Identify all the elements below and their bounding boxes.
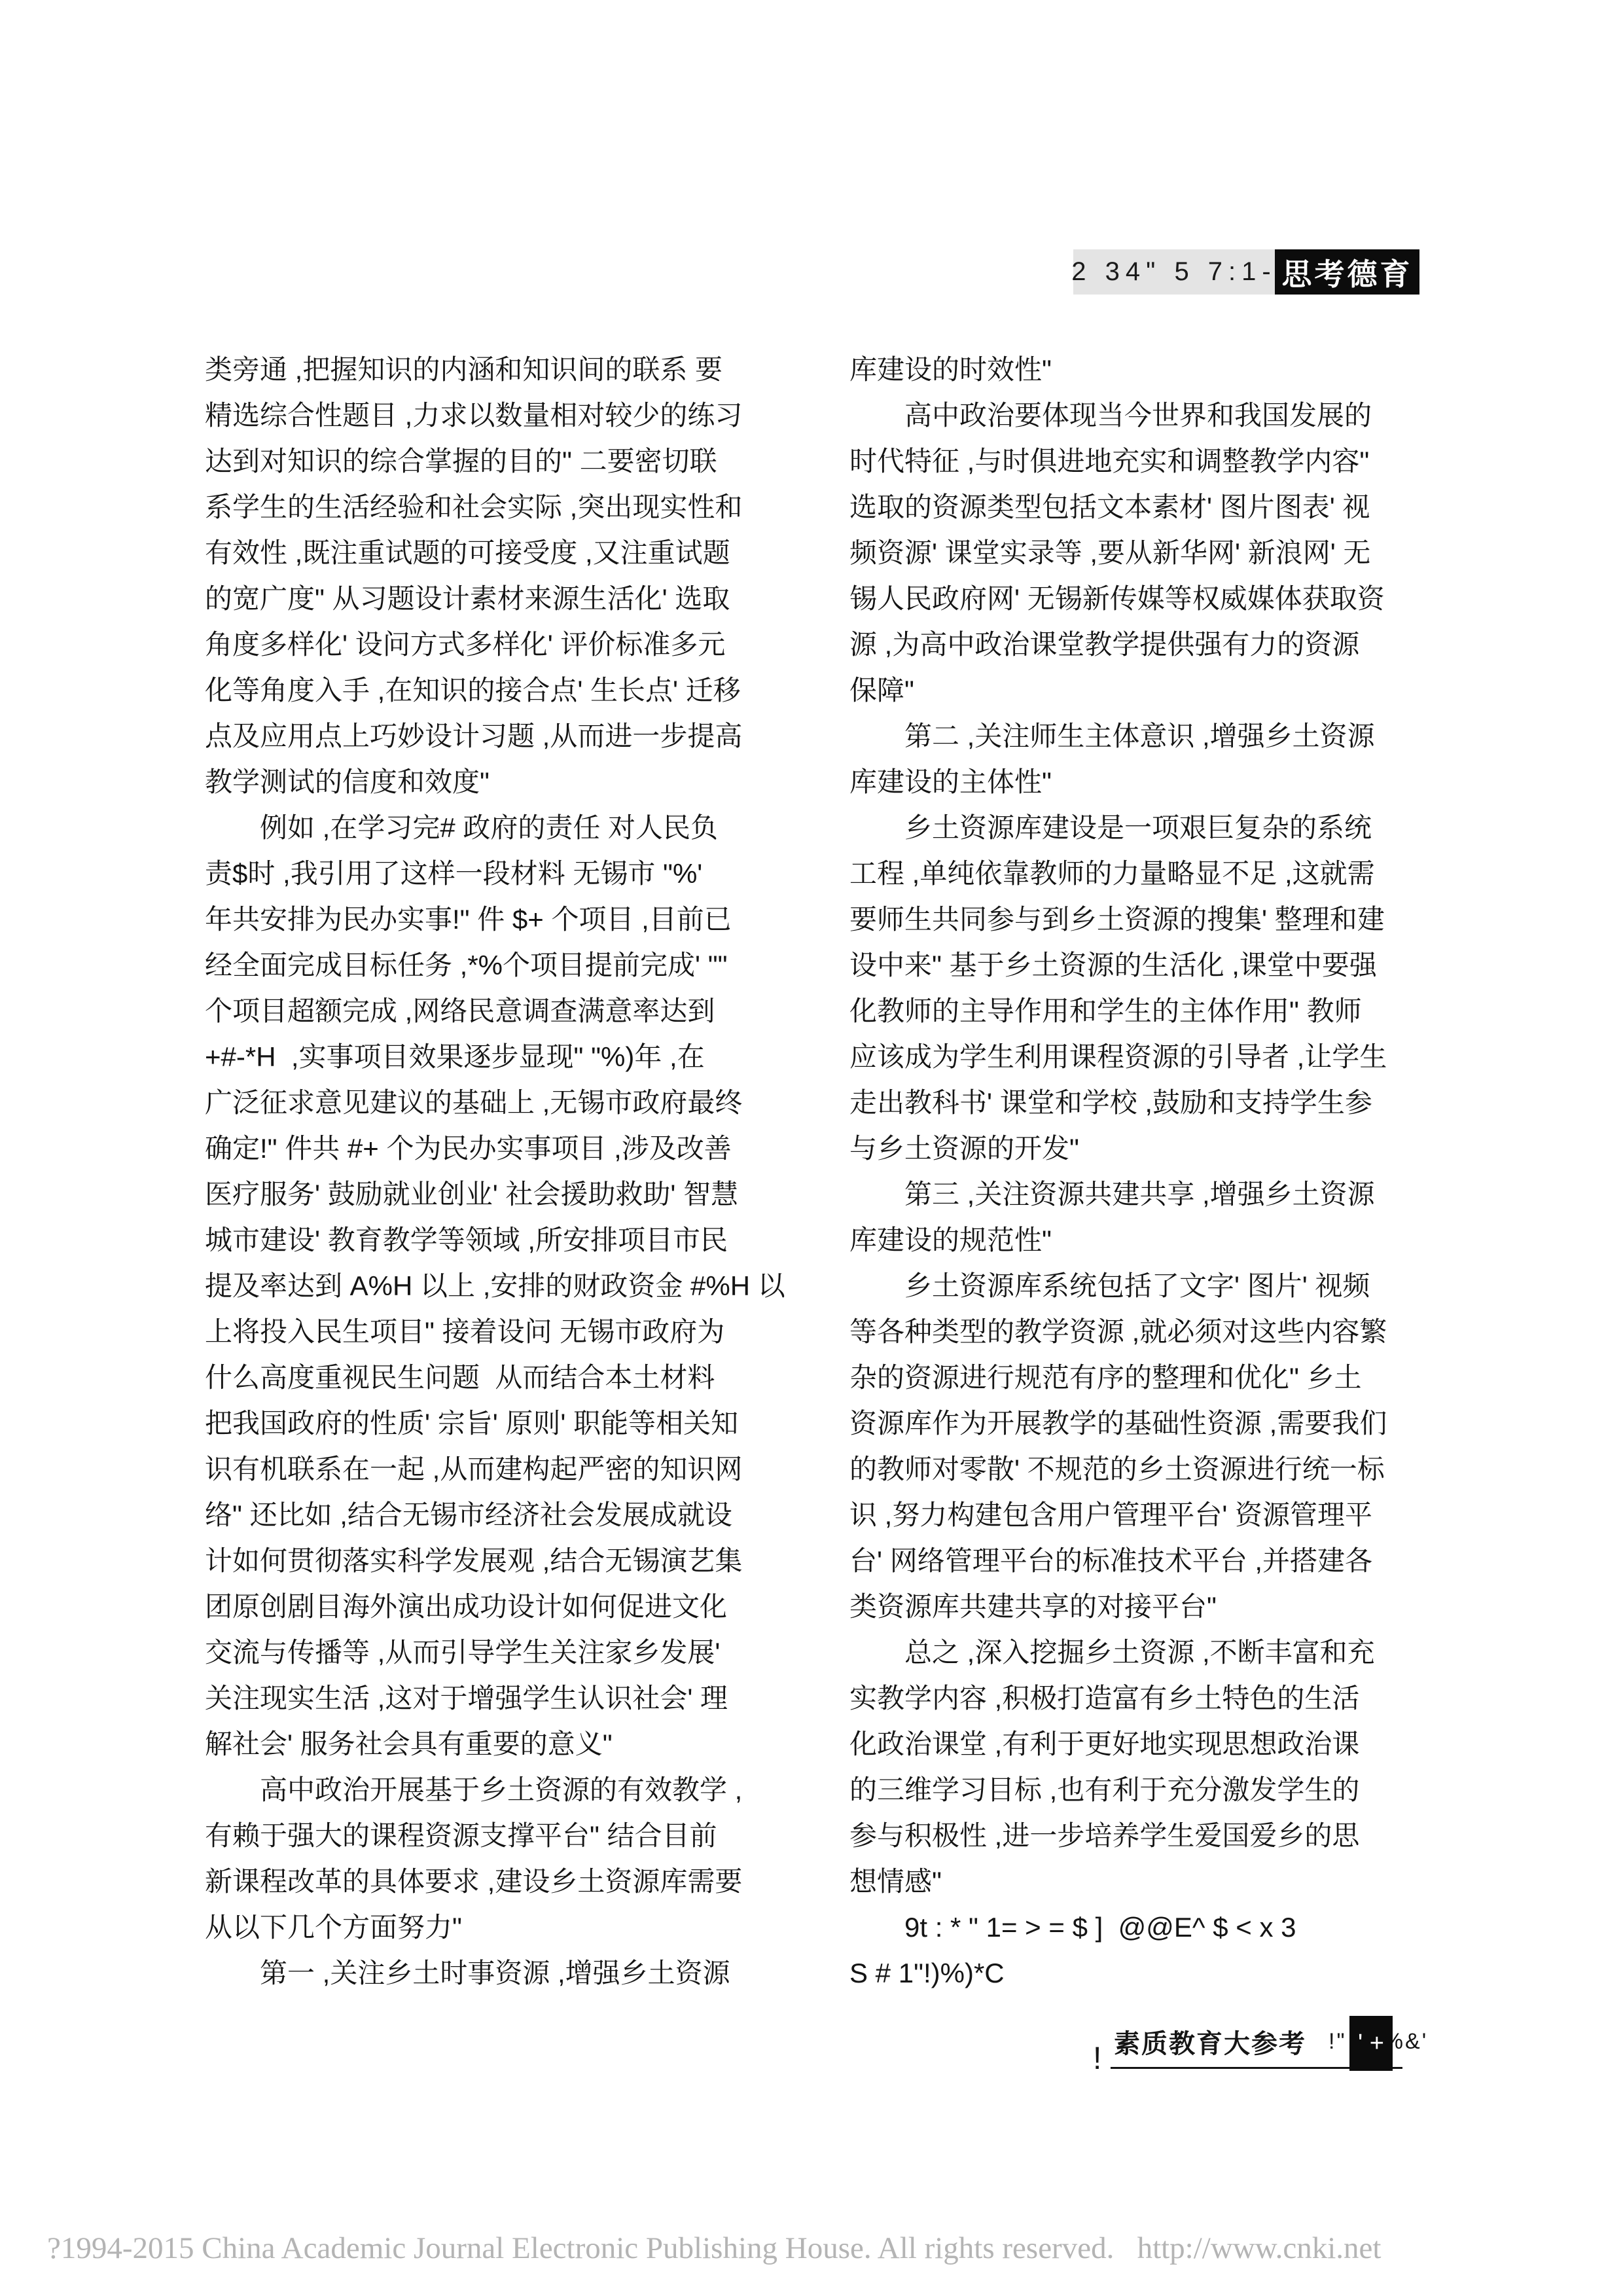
text-line: 化政治课堂 ,有利于更好地实现思想政治课 <box>849 1721 1442 1767</box>
text-line: +#-*H ,实事项目效果逐步显现" "%)年 ,在 <box>205 1034 797 1080</box>
text-line: 角度多样化' 设问方式多样化' 评价标准多元 <box>205 622 797 668</box>
text-line: 实教学内容 ,积极打造富有乡土特色的生活 <box>849 1676 1442 1721</box>
text-line: 的教师对零散' 不规范的乡土资源进行统一标 <box>849 1446 1442 1492</box>
text-line: 关注现实生活 ,这对于增强学生认识社会' 理 <box>205 1676 797 1721</box>
text-line: 资源库作为开展教学的基础性资源 ,需要我们 <box>849 1401 1442 1446</box>
text-line: 频资源' 课堂实录等 ,要从新华网' 新浪网' 无 <box>849 530 1442 576</box>
text-line: 9t : * " 1= > = $ ] @@E^ $ < x 3 <box>849 1905 1442 1950</box>
text-line: 团原创剧目海外演出成功设计如何促进文化 <box>205 1584 797 1630</box>
text-line: 上将投入民生项目" 接着设问 无锡市政府为 <box>205 1309 797 1355</box>
text-line: 类旁通 ,把握知识的内涵和知识间的联系 要 <box>205 347 797 393</box>
text-line: 的宽广度" 从习题设计素材来源生活化' 选取 <box>205 576 797 622</box>
text-line: 设中来" 基于乡土资源的生活化 ,课堂中要强 <box>849 942 1442 988</box>
text-line: 源 ,为高中政治课堂教学提供强有力的资源 <box>849 622 1442 668</box>
text-line: 应该成为学生利用课程资源的引导者 ,让学生 <box>849 1034 1442 1080</box>
journal-scan-page: 2 34" 5 7:1- 思考德育 类旁通 ,把握知识的内涵和知识间的联系 要精… <box>0 0 1623 2296</box>
text-line: 类资源库共建共享的对接平台" <box>849 1584 1442 1630</box>
text-line: 经全面完成目标任务 ,*%个项目提前完成' "" <box>205 942 797 988</box>
cnki-watermark: ?1994-2015 China Academic Journal Electr… <box>47 2231 1381 2266</box>
text-line: 化等角度入手 ,在知识的接合点' 生长点' 迁移 <box>205 668 797 713</box>
text-line: 点及应用点上巧妙设计习题 ,从而进一步提高 <box>205 713 797 759</box>
text-line: 确定!" 件共 #+ 个为民办实事项目 ,涉及改善 <box>205 1126 797 1172</box>
text-line: 交流与传播等 ,从而引导学生关注家乡发展' <box>205 1630 797 1676</box>
text-line: 识 ,努力构建包含用户管理平台' 资源管理平 <box>849 1492 1442 1538</box>
text-line: 库建设的规范性" <box>849 1217 1442 1263</box>
text-line: 化教师的主导作用和学生的主体作用" 教师 <box>849 988 1442 1034</box>
text-line: 广泛征求意见建议的基础上 ,无锡市政府最终 <box>205 1080 797 1126</box>
text-line: 乡土资源库建设是一项艰巨复杂的系统 <box>849 805 1442 851</box>
article-column-right: 库建设的时效性" 高中政治要体现当今世界和我国发展的时代特征 ,与时俱进地充实和… <box>849 347 1442 1996</box>
text-line: 高中政治开展基于乡土资源的有效教学 , <box>205 1767 797 1813</box>
text-line: 选取的资源类型包括文本素材' 图片图表' 视 <box>849 484 1442 530</box>
page-header: 2 34" 5 7:1- 思考德育 <box>1073 249 1419 295</box>
text-line: 库建设的时效性" <box>849 347 1442 393</box>
text-line: 第二 ,关注师生主体意识 ,增强乡土资源 <box>849 713 1442 759</box>
text-line: 责$时 ,我引用了这样一段材料 无锡市 "%' <box>205 851 797 897</box>
text-line: 什么高度重视民生问题 从而结合本土材料 <box>205 1355 797 1401</box>
text-line: 络" 还比如 ,结合无锡市经济社会发展成就设 <box>205 1492 797 1538</box>
text-line: 工程 ,单纯依靠教师的力量略显不足 ,这就需 <box>849 851 1442 897</box>
text-line: 第三 ,关注资源共建共享 ,增强乡土资源 <box>849 1172 1442 1217</box>
text-line: 有赖于强大的课程资源支撑平台" 结合目前 <box>205 1813 797 1859</box>
text-line: 识有机联系在一起 ,从而建构起严密的知识网 <box>205 1446 797 1492</box>
text-line: 高中政治要体现当今世界和我国发展的 <box>849 393 1442 439</box>
text-line: 解社会' 服务社会具有重要的意义" <box>205 1721 797 1767</box>
text-line: 想情感" <box>849 1859 1442 1905</box>
text-line: 台' 网络管理平台的标准技术平台 ,并搭建各 <box>849 1538 1442 1584</box>
text-line: 精选综合性题目 ,力求以数量相对较少的练习 <box>205 393 797 439</box>
footer-journal-name: 素质教育大参考 <box>1114 2023 1306 2060</box>
footer-stray-mark: ! <box>1093 2041 1101 2077</box>
text-line: 走出教科书' 课堂和学校 ,鼓励和支持学生参 <box>849 1080 1442 1126</box>
text-line: 把我国政府的性质' 宗旨' 原则' 职能等相关知 <box>205 1401 797 1446</box>
text-line: 杂的资源进行规范有序的整理和优化" 乡土 <box>849 1355 1442 1401</box>
text-line: 教学测试的信度和效度" <box>205 759 797 805</box>
text-line: 与乡土资源的开发" <box>849 1126 1442 1172</box>
text-line: 保障" <box>849 668 1442 713</box>
footer-page-number-box: ' + <box>1349 2016 1393 2071</box>
text-line: 从以下几个方面努力" <box>205 1905 797 1950</box>
text-line: 参与积极性 ,进一步培养学生爱国爱乡的思 <box>849 1813 1442 1859</box>
text-line: 时代特征 ,与时俱进地充实和调整教学内容" <box>849 439 1442 484</box>
text-line: 计如何贯彻落实科学发展观 ,结合无锡演艺集 <box>205 1538 797 1584</box>
header-section-badge: 思考德育 <box>1275 249 1419 295</box>
text-line: 达到对知识的综合掌握的目的" 二要密切联 <box>205 439 797 484</box>
text-line: 总之 ,深入挖掘乡土资源 ,不断丰富和充 <box>849 1630 1442 1676</box>
text-line: 系学生的生活经验和社会实际 ,突出现实性和 <box>205 484 797 530</box>
text-line: 要师生共同参与到乡土资源的搜集' 整理和建 <box>849 897 1442 942</box>
text-line: 城市建设' 教育教学等领域 ,所安排项目市民 <box>205 1217 797 1263</box>
text-line: 年共安排为民办实事!" 件 $+ 个项目 ,目前已 <box>205 897 797 942</box>
text-line: 医疗服务' 鼓励就业创业' 社会援助救助' 智慧 <box>205 1172 797 1217</box>
text-line: 第一 ,关注乡土时事资源 ,增强乡土资源 <box>205 1950 797 1996</box>
text-line: 乡土资源库系统包括了文字' 图片' 视频 <box>849 1263 1442 1309</box>
text-line: 提及率达到 A%H 以上 ,安排的财政资金 #%H 以 <box>205 1263 797 1309</box>
text-line: S # 1"!)%)*C <box>849 1950 1442 1996</box>
text-line: 例如 ,在学习完# 政府的责任 对人民负 <box>205 805 797 851</box>
text-line: 个项目超额完成 ,网络民意调查满意率达到 <box>205 988 797 1034</box>
text-line: 有效性 ,既注重试题的可接受度 ,又注重试题 <box>205 530 797 576</box>
text-line: 等各种类型的教学资源 ,就必须对这些内容繁 <box>849 1309 1442 1355</box>
article-column-left: 类旁通 ,把握知识的内涵和知识间的联系 要精选综合性题目 ,力求以数量相对较少的… <box>205 347 797 1996</box>
text-line: 新课程改革的具体要求 ,建设乡土资源库需要 <box>205 1859 797 1905</box>
header-issue-code: 2 34" 5 7:1- <box>1073 249 1275 295</box>
text-line: 库建设的主体性" <box>849 759 1442 805</box>
text-line: 的三维学习目标 ,也有利于充分激发学生的 <box>849 1767 1442 1813</box>
text-line: 锡人民政府网' 无锡新传媒等权威媒体获取资 <box>849 576 1442 622</box>
